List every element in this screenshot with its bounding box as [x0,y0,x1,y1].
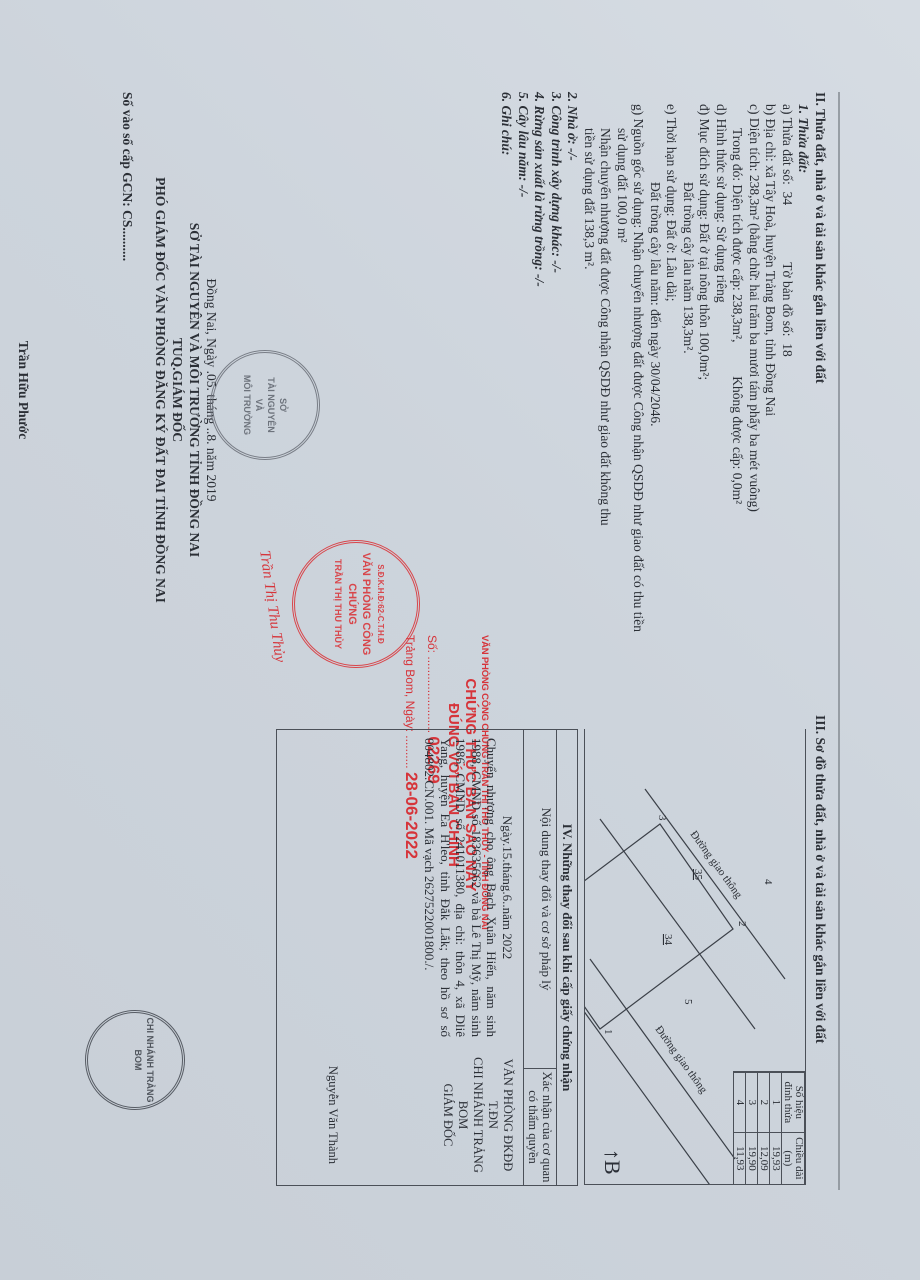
entry-text: Chuyển nhượng cho ông Bạch Xuân Hiến, nă… [422,738,500,1037]
house: 2. Nhà ở: -/- [564,92,581,652]
certificate-page: II. Thửa đất, nhà ở và tài sản khác gắn … [0,0,920,1280]
section-4-entry: Ngày.15.tháng.6..năm 2022 Chuyển nhượng … [325,730,523,1185]
col-confirm: Xác nhận của cơ quan có thẩm quyền [524,1069,556,1185]
land-title: 1. Thửa đất: [795,92,812,652]
col-content: Nội dung thay đổi và cơ sở pháp lý [524,730,556,1069]
dimension-table: Số hiệu đỉnh thửa Chiều dài (m) 119,93 2… [733,1071,805,1185]
notary-stamp-center: VĂN PHÒNG CÔNG CHỨNG [345,543,373,665]
north-arrow-icon: ↑B [599,1149,625,1175]
branch-stamp: CHI NHÁNH TRẢNG BOM [85,1010,185,1110]
length: 19,93 [770,1132,782,1184]
svg-text:34: 34 [662,934,674,946]
length: 11,93 [734,1132,746,1184]
address: b) Địa chỉ: xã Tây Hoà, huyện Trảng Bom,… [762,92,779,652]
confirm-signer: Nguyễn Văn Thành [325,1045,340,1185]
usage-purpose-2: Đất trồng cây lâu năm 138,3m². [680,92,697,652]
usage-term-2: Đất trồng cây lâu năm: đến ngày 30/04/20… [647,92,664,652]
confirm-office-2: CHI NHÁNH TRẢNG BOM [455,1045,485,1185]
dims-header-vertex: Số hiệu đỉnh thửa [782,1073,805,1133]
usage-origin-4: tiền sử dụng đất 138,3 m². [581,92,598,652]
area-detail: Trong đó: Diện tích được cấp: 238,3m², K… [729,92,746,652]
svg-text:4: 4 [762,879,774,885]
parcel-diagram: 3 2 1 4 5 35 34 Đường giao thông Đường g… [584,729,806,1185]
svg-text:3: 3 [656,815,668,821]
entry-date: Ngày.15.tháng.6..năm 2022 [500,738,516,1037]
usage-purpose: đ) Mục đích sử dụng: Đất ở tại nông thôn… [696,92,713,652]
length: 12,09 [758,1132,770,1184]
page-top-border [838,92,840,1190]
table-row: 319,90 [746,1073,758,1185]
table-row: 119,93 [770,1073,782,1185]
branch-stamp-center: CHI NHÁNH TRẢNG BOM [132,1013,156,1107]
section-2-heading: II. Thửa đất, nhà ở và tài sản khác gắn … [812,92,829,652]
notes: 6. Ghi chú: [498,92,515,652]
svg-text:Đường giao thông: Đường giao thông [688,829,745,901]
svg-text:1: 1 [602,1029,614,1035]
svg-text:2: 2 [736,921,748,927]
vertex: 1 [770,1073,782,1133]
issuer-block: Đồng Nai, Ngày .05. tháng ..8. năm 2019 … [15,130,220,650]
other-works: 3. Công trình xây dựng khác: -/- [548,92,565,652]
notary-stamp-name: TRẦN THỊ THU THỦY [331,543,345,665]
svg-text:5: 5 [682,999,694,1005]
section-4-heading: IV. Những thay đổi sau khi cấp giấy chứn… [556,730,577,1185]
usage-term: e) Thời hạn sử dụng: Đất ở: Lâu dài; [663,92,680,652]
department-stamp: SỞTÀI NGUYÊNVÀMÔI TRƯỜNG [210,350,320,460]
svg-text:35: 35 [692,869,704,881]
table-row: 212,09 [758,1073,770,1185]
vertex: 2 [758,1073,770,1133]
section-4: IV. Những thay đổi sau khi cấp giấy chứn… [276,729,578,1186]
vertex: 3 [746,1073,758,1133]
issuer-position: PHÓ GIÁM ĐỐC VĂN PHÒNG ĐĂNG KÝ ĐẤT ĐAI T… [152,130,169,650]
parcel-number: a) Thửa đất số: 34 Tờ bản đồ số: 18 [779,92,796,652]
dims-header-length: Chiều dài (m) [782,1132,805,1184]
perennial-trees: 5. Cây lâu năm: -/- [515,92,532,652]
entry-content: Ngày.15.tháng.6..năm 2022 Chuyển nhượng … [325,730,523,1045]
section-3-heading: III. Sơ đồ thửa đất, nhà ở và tài sản kh… [812,715,828,1185]
vertex: 4 [734,1073,746,1133]
confirm-office-1: VĂN PHÒNG ĐKĐĐ T.ĐN [485,1045,515,1185]
issuer-on-behalf: TUQ.GIÁM ĐỐC [169,130,186,650]
forest: 4. Rừng sản xuất là rừng trồng: -/- [531,92,548,652]
usage-form: d) Hình thức sử dụng: Sử dụng riêng [713,92,730,652]
notary-stamp: S.Đ.K.H.Đ:62-C.T.H.Đ VĂN PHÒNG CÔNG CHỨN… [292,540,420,668]
section-4-columns: Nội dung thay đổi và cơ sở pháp lý Xác n… [523,730,556,1185]
usage-origin: g) Nguồn gốc sử dụng: Nhận chuyển nhượng… [630,92,647,652]
usage-origin-3: Nhận chuyển nhượng đất được Công nhận QS… [597,92,614,652]
area: c) Diện tích: 238,3m² (bằng chữ: hai tră… [746,92,763,652]
entry-confirm: VĂN PHÒNG ĐKĐĐ T.ĐN CHI NHÁNH TRẢNG BOM … [325,1045,523,1185]
gcn-register: Số vào sổ cấp GCN: CS.......... [119,92,135,261]
length: 19,90 [746,1132,758,1184]
notary-stamp-code: S.Đ.K.H.Đ:62-C.T.H.Đ [373,543,387,665]
issuer-department: SỞ TÀI NGUYÊN VÀ MÔI TRƯỜNG TỈNH ĐỒNG NA… [186,130,203,650]
table-row: 411,93 [734,1073,746,1185]
confirm-position: GIÁM ĐỐC [440,1045,455,1185]
usage-origin-2: sử dụng đất 100,0 m² [614,92,631,652]
issuer-signer: Trần Hữu Phước [15,130,32,650]
notary-number-label: Số: [425,635,439,653]
right-half: III. Sơ đồ thửa đất, nhà ở và tài sản kh… [28,715,828,1185]
north-symbol: B [600,1160,625,1175]
